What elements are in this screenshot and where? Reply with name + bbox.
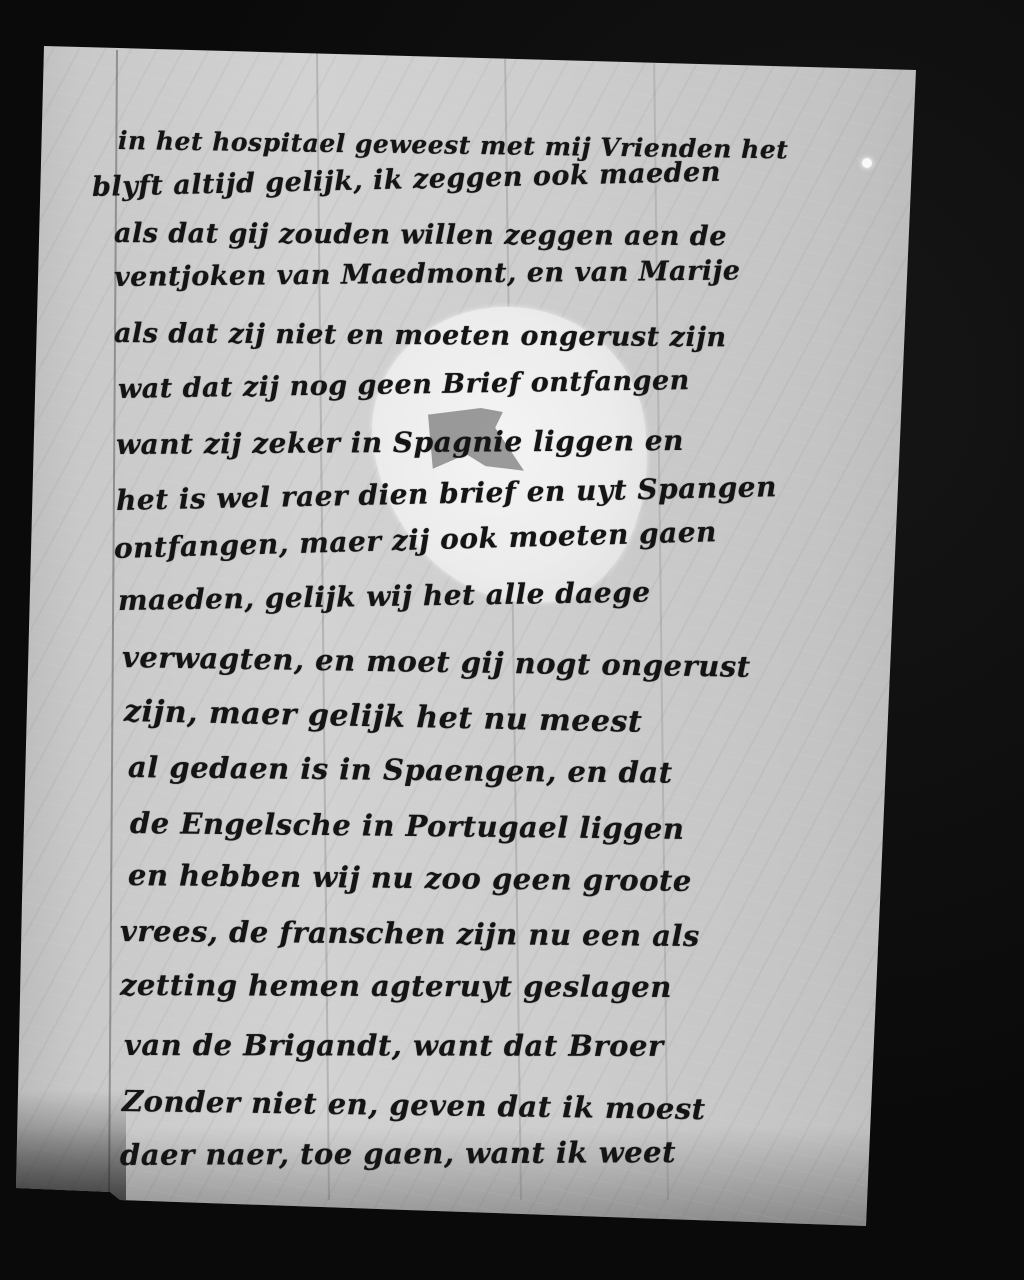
letter-line-7: want zij zeker in Spagnie liggen en [116,424,684,461]
letter-line-19: Zonder niet en, geven dat ik moest [122,1084,706,1126]
letter-line-11: verwagten, en moet gij nogt ongerust [122,640,751,684]
handwritten-text: in het hospitael geweest met mij Vriende… [0,0,1024,1280]
letter-line-2: blyft altijd gelijk, ik zeggen ook maede… [92,157,722,203]
microfilm-scan: in het hospitael geweest met mij Vriende… [0,0,1024,1280]
letter-line-15: en hebben wij nu zoo geen groote [128,858,692,898]
letter-line-10: maeden, gelijk wij het alle daege [118,576,651,617]
letter-line-17: zetting hemen agteruyt geslagen [120,968,672,1004]
letter-line-16: vrees, de franschen zijn nu een als [120,914,700,953]
letter-line-8: het is wel raer dien brief en uyt Spange… [116,470,778,517]
letter-line-4: ventjoken van Maedmont, en van Marije [114,255,741,293]
letter-line-5: als dat zij niet en moeten ongerust zijn [114,318,727,353]
letter-line-9: ontfangen, maer zij ook moeten gaen [114,515,718,565]
letter-line-12: zijn, maer gelijk het nu meest [124,694,643,740]
letter-line-3: als dat gij zouden willen zeggen aen de [114,218,727,252]
letter-line-18: van de Brigandt, want dat Broer [124,1028,664,1063]
letter-line-13: al gedaen is in Spaengen, en dat [128,750,673,790]
letter-line-20: daer naer, toe gaen, want ik weet [120,1135,676,1172]
letter-line-6: wat dat zij nog geen Brief ontfangen [118,365,690,405]
letter-line-14: de Engelsche in Portugael liggen [130,806,685,846]
